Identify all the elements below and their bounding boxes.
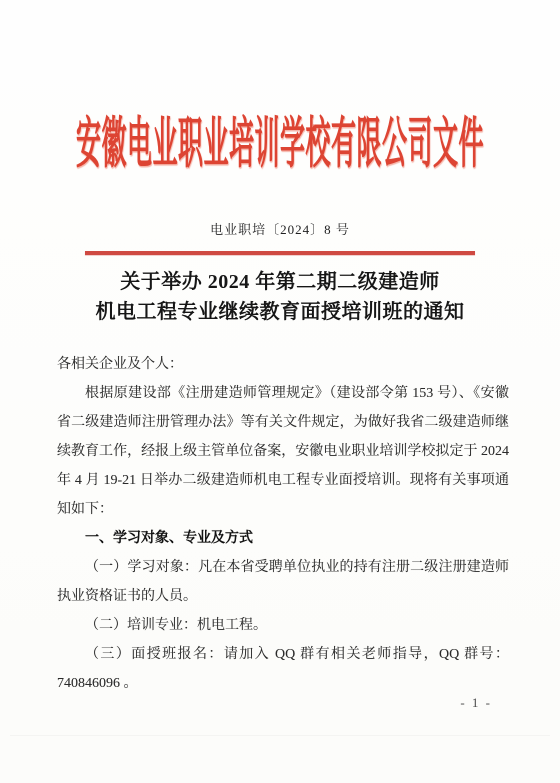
notice-title-line1: 关于举办 2024 年第二期二级建造师	[0, 267, 560, 297]
scan-artifact-line	[10, 735, 550, 736]
section-1-item-2: （二）培训专业：机电工程。	[57, 611, 509, 640]
section-1-heading: 一、学习对象、专业及方式	[57, 524, 509, 553]
red-divider-rule	[85, 251, 475, 255]
paragraph-introduction: 根据原建设部《注册建造师管理规定》（建设部令第 153 号）、《安徽省二级建造师…	[57, 379, 509, 524]
page-number: - 1 -	[460, 695, 492, 711]
notice-title-line2: 机电工程专业继续教育面授培训班的通知	[0, 297, 560, 327]
section-1-item-3: （三）面授班报名：请加入 QQ 群有相关老师指导，QQ 群号：740846096…	[57, 640, 509, 698]
document-page: 安徽电业职业培训学校有限公司文件 电业职培〔2024〕8 号 关于举办 2024…	[0, 0, 560, 783]
salutation: 各相关企业及个人：	[57, 350, 509, 379]
notice-body: 各相关企业及个人： 根据原建设部《注册建造师管理规定》（建设部令第 153 号）…	[57, 350, 509, 698]
letterhead-title: 安徽电业职业培训学校有限公司文件	[0, 116, 560, 177]
notice-title: 关于举办 2024 年第二期二级建造师 机电工程专业继续教育面授培训班的通知	[0, 267, 560, 327]
document-number: 电业职培〔2024〕8 号	[0, 219, 560, 238]
section-1-item-1: （一）学习对象：凡在本省受聘单位执业的持有注册二级注册建造师执业资格证书的人员。	[57, 553, 509, 611]
